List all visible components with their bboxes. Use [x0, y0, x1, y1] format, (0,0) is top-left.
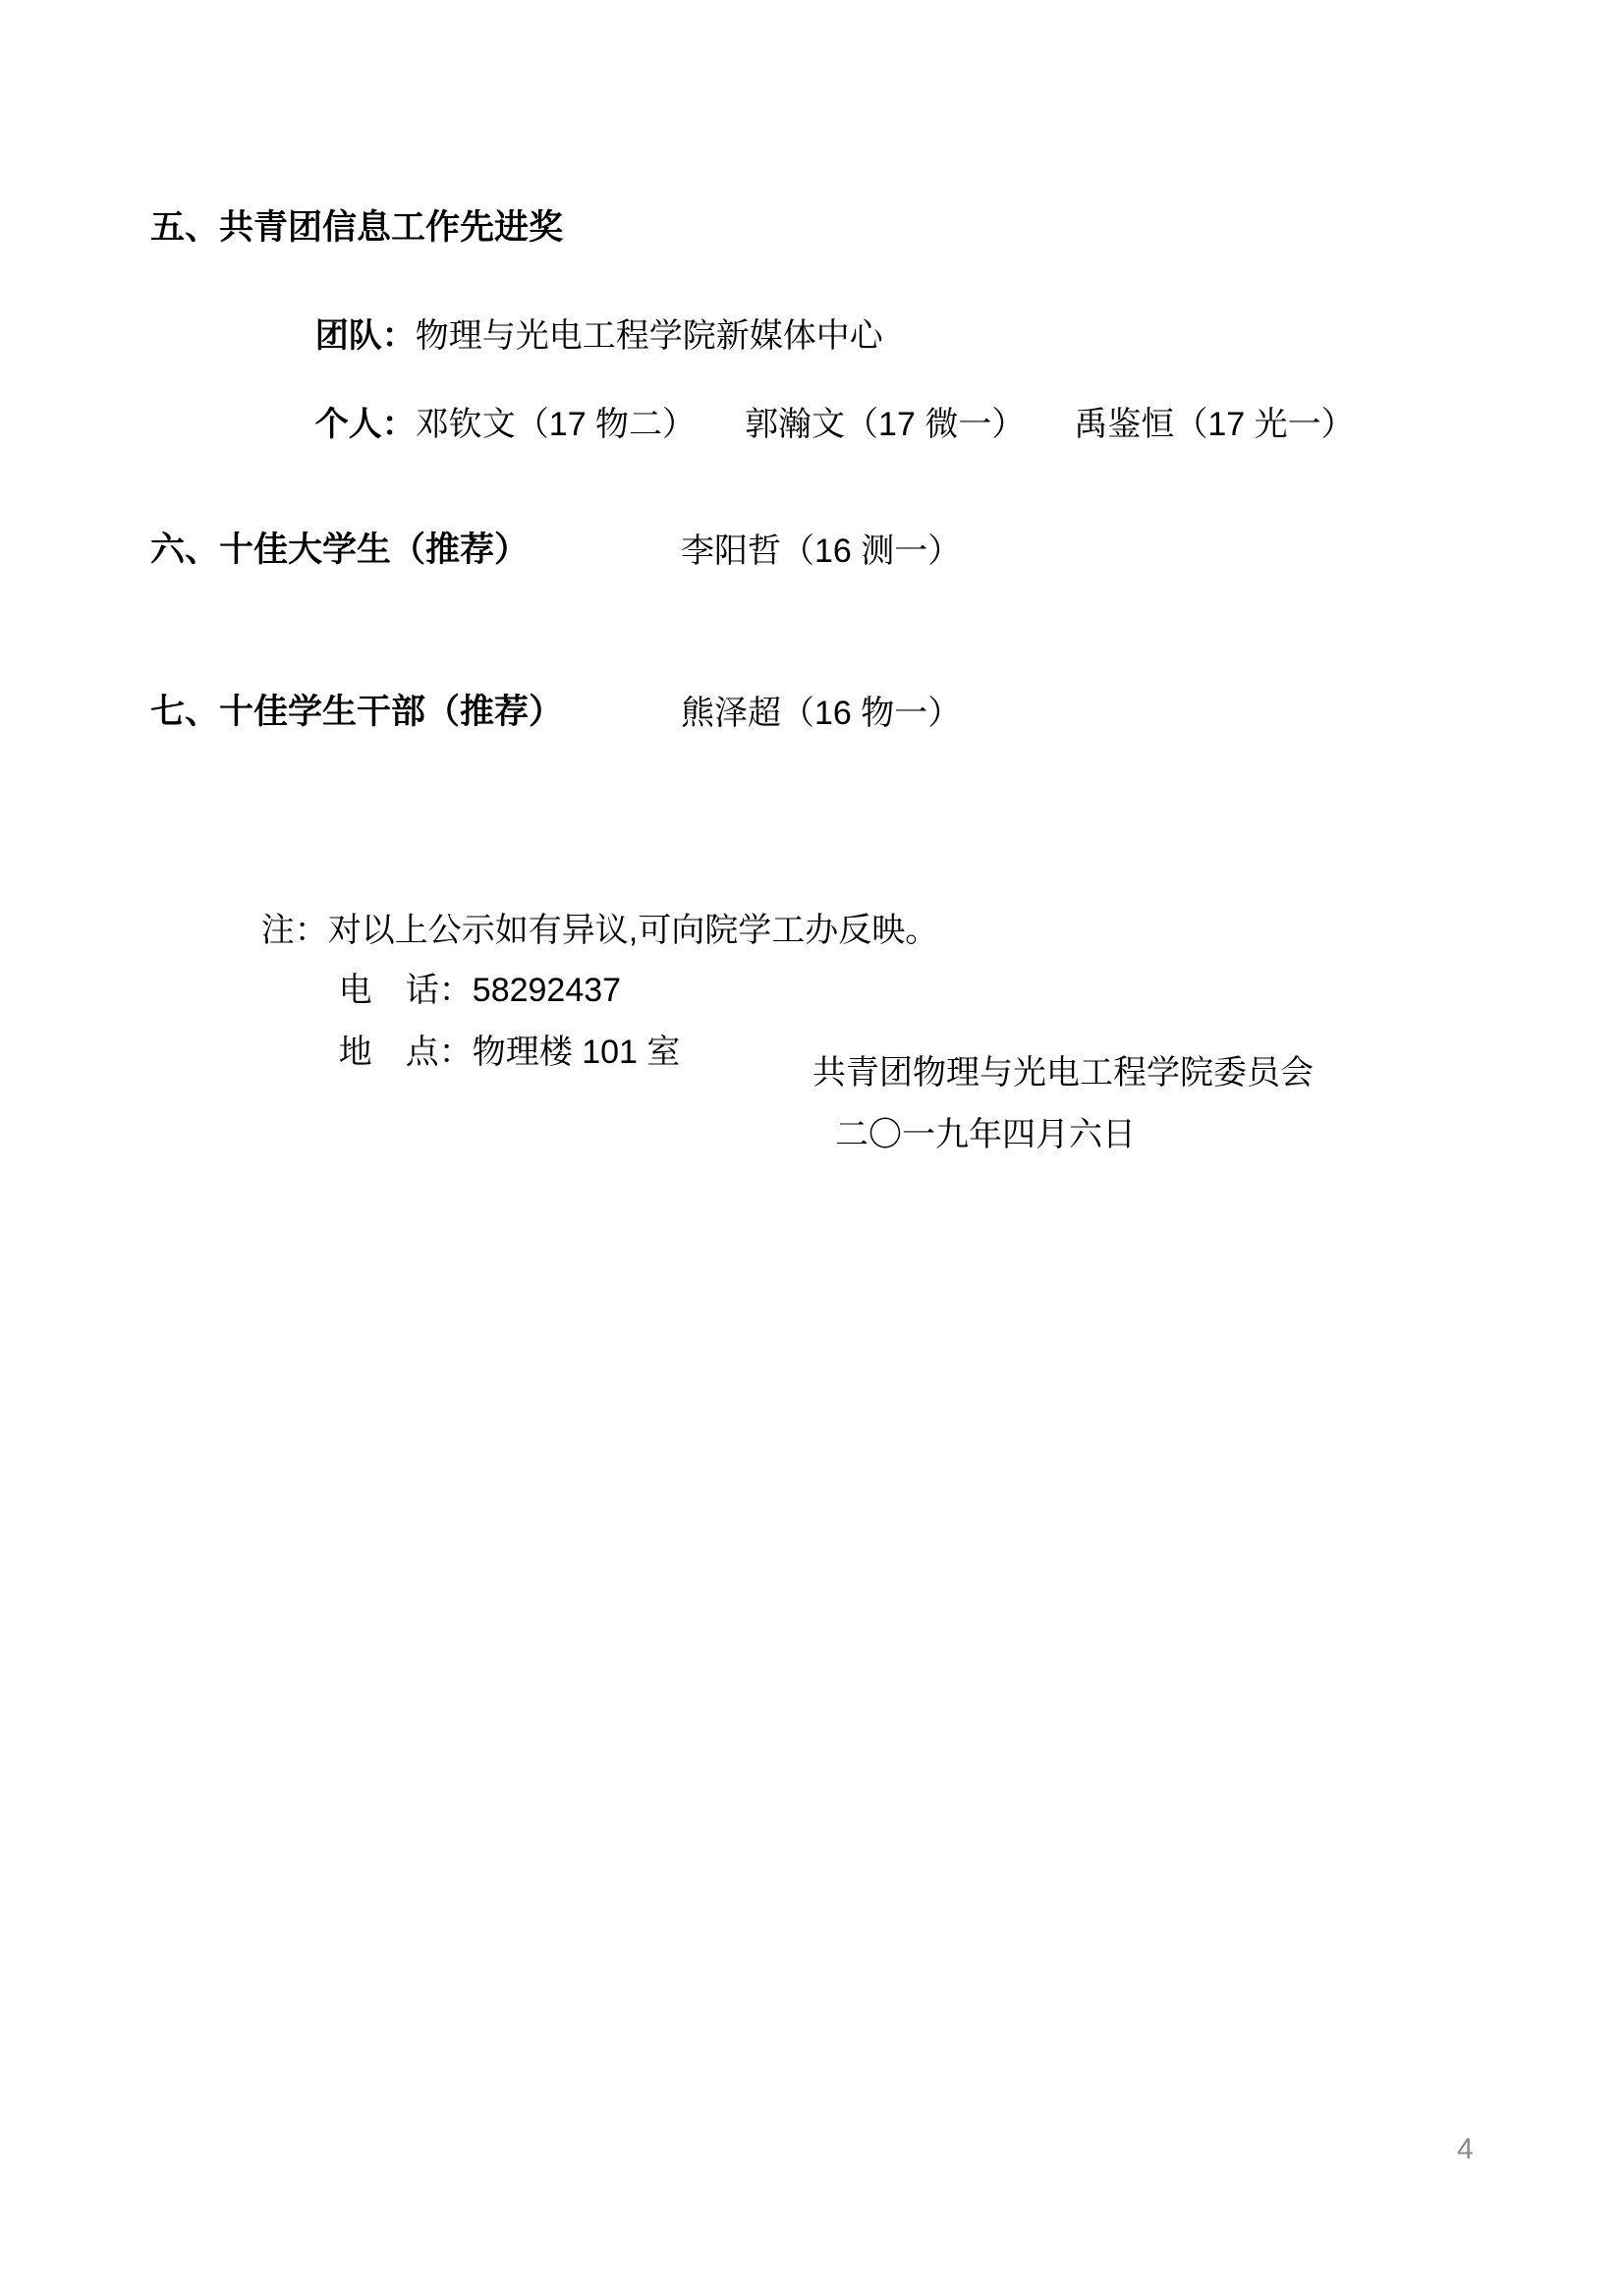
- individual-label: 个人：: [315, 406, 416, 443]
- page-number: 4: [1457, 2132, 1474, 2166]
- location-line: 地 点：物理楼 101 室: [302, 993, 680, 1111]
- section-5-individual-line: 个人：邓钦文（17 物二）郭瀚文（17 微一）禹鉴恒（17 光一）: [278, 365, 1355, 483]
- signature-date: 二〇一九年四月六日: [835, 1115, 1136, 1154]
- location-label: 地 点：: [339, 1034, 473, 1071]
- individual-name: 禹鉴恒（17 光一）: [1074, 406, 1354, 443]
- section-7-awardee: 熊泽超（16 物一）: [681, 694, 961, 733]
- individual-name: 郭瀚文（17 微一）: [745, 406, 1025, 443]
- section-6-awardee: 李阳哲（16 测一）: [681, 532, 961, 571]
- section-5-heading: 五、共青团信息工作先进奖: [150, 207, 563, 248]
- team-value: 物理与光电工程学院新媒体中心: [416, 317, 883, 355]
- document-page: 五、共青团信息工作先进奖 团队：物理与光电工程学院新媒体中心 个人：邓钦文（17…: [0, 0, 1624, 2296]
- section-7-heading: 七、十佳学生干部（推荐）: [150, 692, 563, 732]
- team-label: 团队：: [315, 317, 416, 355]
- individual-name: 邓钦文（17 物二）: [416, 406, 696, 443]
- location-value: 物理楼 101 室: [473, 1034, 681, 1071]
- signature-organization: 共青团物理与光电工程学院委员会: [812, 1053, 1314, 1092]
- section-6-heading: 六、十佳大学生（推荐）: [150, 530, 529, 570]
